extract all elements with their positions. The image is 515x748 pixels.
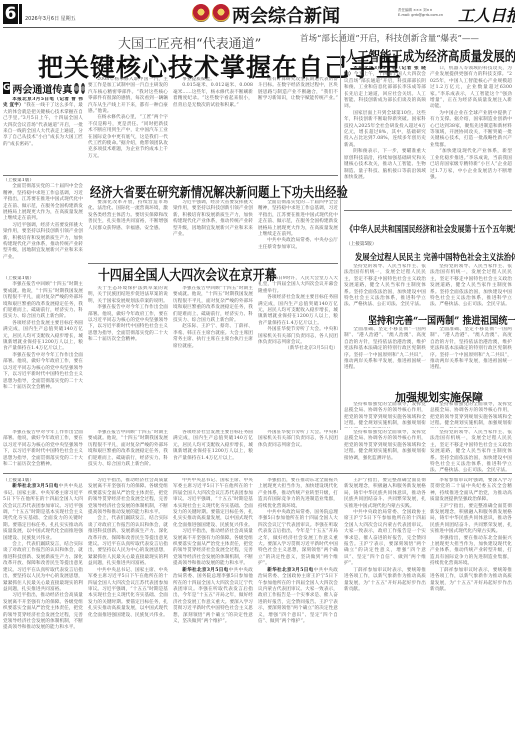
page-number-bar [19,4,22,24]
bottom-body-3b: 习近平指出，推动经济社会高质量发展离不开坚强有力的保障。各级党组织要落实全面从严… [88,478,168,516]
plan-section-3-column-1: 坚持和加强党的全面领导，发挥党总揽全局、协调各方的领导核心作用，把党的领导贯穿到… [344,402,426,428]
section-divider [3,175,338,176]
npc-story-body-4: 关于生态环境保护法典草案的说明，关于民族团结进步促进法草案的说明，关于国家发展规… [88,286,168,305]
continuation-column-3: 各项经济社会发展主要目标任务圆满完成，国内生产总值突破140万亿元，居民人均可支… [173,430,253,472]
economy-story-column-3: 习近平强调，经济大省要发挥挑大梁作用，要坚持以科技创新引领产业创新，积极培育和发… [173,200,253,270]
bottom-column-3: 中共中央总书记、国家主席、中央军委主席习近平5日下午在他所在的十四届全国人大四次… [173,478,253,746]
economy-story-body-1b: 全面贯彻落实党的二十届四中全会精神，坚持稳中求进工作总基调，习近平指出，江苏要在… [258,200,338,238]
economy-story-body-3: 要深化改革开放，持续营造市场化、法治化、国际化一流营商环境，激发各类经营主体活力… [88,200,168,232]
editors-email: E-mail: grrb@grrb.com.cn [398,13,443,18]
economy-story-column-2: 要深化改革开放，持续营造市场化、法治化、国际化一流营商环境，激发各类经营主体活力… [88,200,168,270]
main-story-column-2: 2008年杨永修入职中国一汽，主要工作是加工试制中国一汽自主研发的汽车核心精密零… [88,77,168,172]
npc-story-body-7: 外国驻华使节旁听了大会。中央和国家机关有关部门负责同志，各人民团体负责同志列席会… [258,327,338,346]
plan-section-2-title: 坚持和完善“一国两制” 推进祖国统一 [368,312,515,327]
plan-story-title: 《中华人民共和国国民经济和社会发展第十五个五年规划纲要（草案）》 [346,225,515,235]
continuation-column-4: 外国驻华使节旁听了大会。中央和国家机关有关部门负责同志，各人民团体负责同志列席会… [258,430,338,472]
bottom-body-2: 会上，代表们踊跃发言，结合实际谈了对政府工作报告的认识和体会，就推进科技创新、发… [3,542,83,593]
bottom-body-2b: 会上，代表们踊跃发言，结合实际谈了对政府工作报告的认识和体会，就推进科技创新、发… [88,516,168,567]
economy-story-body-3b: 习近平强调，经济大省要发挥挑大梁作用，要坚持以科技创新引领产业创新，积极培育和发… [173,200,253,238]
npc-story-body-3b: 李强在报告中对今年工作作出全面部署。他说，做好今年政府工作，要在以习近平同志为核… [88,305,168,343]
right-story-body-4: 阴和俊表示，下一步，要瞄准重大原创科技前沿，持续加强基础研究和关键核心技术攻关，… [344,149,426,181]
economy-story-body-2: 习近平强调，经济大省要发挥挑大梁作用，要坚持以科技创新引领产业创新，积极培育和发… [3,223,83,261]
plan-section-1-body: 坚持党的领导、人民当家作主、依法治国有机统一，发展全过程人民民主，坚定不移走中国… [344,264,426,309]
national-emblem-icon [192,4,210,22]
continuation-body-3: 各项经济社会发展主要目标任务圆满完成，国内生产总值突破140万亿元，居民人均可支… [173,430,253,462]
continuation-body-4: 外国驻华使节旁听了大会。中央和国家机关有关部门负责同志，各人民团体负责同志列席会… [258,430,338,449]
section-title: 两会综合新闻 [232,2,340,28]
npc-story-column-4: 3月5日9时许，人民大会堂万人大礼堂，十四届全国人大四次会议开幕会隆重举行。 各… [258,276,338,426]
bottom-column-2: 习近平指出，推动经济社会高质量发展离不开坚强有力的保障。各级党组织要落实全面从严… [88,478,168,746]
main-story-column-3: 事业提质赋能。 0.015毫米、0.012毫米、0.008毫米……这些年，杨永修… [173,77,253,172]
continuation-column-5: 坚持和加强党的全面领导，发挥党总揽全局、协调各方的领导核心作用，把党的领导贯穿到… [344,430,426,472]
main-story-body-5: 0.015毫米、0.012毫米、0.008毫米……这些年，杨永修代表不断刷新着精… [173,83,253,109]
bottom-lead-3: 新华社北京3月5日电 [267,568,313,573]
npc-story-byline: （新华社北京3月5日电） [258,346,338,352]
bottom-body-1c: 中共中央总书记、国家主席、中央军委主席习近平5日下午在他所在的十四届全国人大四次… [173,478,253,529]
section-divider [344,210,512,211]
editors-credit: 责任编辑 ××× 刘×× E-mail: grrb@grrb.com.cn [398,8,443,18]
main-story-column-1: 本报北京3月5日电（记者 曾 伟 史 宣宇）“我在一线干了这么多年，最大的体会就… [3,97,83,169]
bottom-body-5: 李强指出，要在推动东北全面振兴上展现更大担当作为，加快建设现代化产业体系，推动传… [258,478,338,510]
emblem-icon [74,83,78,94]
npc-story-body-5: 赵乐际、王沪宁、蔡奇、丁薛祥、李希、韩正在主席台就座。大会主席团常务主席、执行主… [173,324,253,350]
bottom-column-6: 李希参加审议时强调，要深入学习贯彻党的二十届中央纪委五次全会精神，持续推进全面从… [430,478,512,746]
bottom-body-8: 丁薛祥参加审议时表示，要统筹推进各项工作，以新气象新作为推动高质量发展，为“十五… [344,568,426,594]
continuation-body-6: 坚持党的领导、人民当家作主、依法治国有机统一，发展全过程人民民主，坚定不移走中国… [430,430,512,472]
column-tag-label: 两会通道传真 [12,81,72,96]
bottom-body-7: 王沪宁指出，要完整准确全面贯彻新发展理念，积极融入和服务新发展格局，铸牢中华民族… [344,478,426,510]
right-story-body-5: 为中国企业在全球产业链中提供了有力支撑。据介绍，国家制造业创新中心已达到38家，… [430,111,512,149]
bottom-body-7b: 王沪宁指出，要完整准确全面贯彻新发展理念，积极融入和服务新发展格局，铸牢中华民族… [430,504,512,536]
bottom-body-6b: 中共中央政治局常委、全国政协主席王沪宁5日下午参加他所在的十四届全国人大四次会议… [344,510,426,568]
emblem-icon [81,83,85,94]
bottom-column-4: 李强指出，要在推动东北全面振兴上展现更大担当作为，加快建设现代化产业体系，推动传… [258,478,338,746]
right-story-column-2: 口，机器人等领域的科技攻关，为产业发展提供更强有力的科技支撑。“2025年，中国… [430,66,512,206]
npc-story-column-3: 李强在报告中回顾“十四五”时期主要成就。他说，“十四五”时期我国发展历程很不平凡… [173,286,253,426]
npc-story-body-2b: 各项经济社会发展主要目标任务圆满完成，国内生产总值突破140万亿元，居民人均可支… [258,295,338,327]
npc-story-body-6: 3月5日9时许，人民大会堂万人大礼堂，十四届全国人大四次会议开幕会隆重举行。 [258,276,338,295]
page-number: 6 [3,4,18,24]
column-tag: G 两会通道传真 [3,81,85,95]
continuation-column-6: 坚持党的领导、人民当家作主、依法治国有机统一，发展全过程人民民主，坚定不移走中国… [430,430,512,472]
right-story-body-6: “加快建设现代化产业体系，新型工业化稳步推进。”李乐成说，当前我国已培育国家级专… [430,149,512,181]
npc-story-column-1: （上接第1版） 李强在报告中回顾“十四五”时期主要成就。他说，“十四五”时期我国… [3,276,83,426]
continuation-column-1: 李强在报告中对今年工作作出全面部署。他说，做好今年政府工作，要在以习近平同志为核… [3,430,83,472]
npc-story-body-1: 李强在报告中回顾“十四五”时期主要成就。他说，“十四五”时期我国发展历程很不平凡… [3,282,83,320]
bottom-body-3: 习近平指出，推动经济社会高质量发展离不开坚强有力的保障。各级党组织要落实全面从严… [3,593,83,631]
plan-story-source: （上接第5版） [346,241,377,247]
continuation-column-2: 李强在报告中回顾“十四五”时期主要成就。他说，“十四五”时期我国发展历程很不平凡… [88,430,168,472]
main-story-body-3: 在杨永修代表心里，“工匠”两个字不仅是称号，更是责任。“同时把新技术不断应用到生… [88,115,168,160]
bottom-body-5b: 李强指出，要在推动东北全面振兴上展现更大担当作为，加快建设现代化产业体系，推动传… [430,536,512,568]
npc-story-body-3: 李强在报告中对今年工作作出全面部署。他说，做好今年政府工作，要在以习近平同志为核… [3,353,83,391]
economy-story-column-4: 全面贯彻落实党的二十届四中全会精神，坚持稳中求进工作总基调，习近平指出，江苏要在… [258,200,338,270]
plan-section-2-column-2: 全面准确、坚定不移贯彻“一国两制”、“港人治港”、“澳人治澳”、高度自治的方针，… [430,327,512,389]
main-story-body-6: 唯有计算研究攻坚长期追代表的奋斗目标。在数字经济发展过程中，区块链思路与制造产业… [258,77,338,103]
right-story-body-3: 国家层面上升到全球第10位。这些年，科技创新不断取得新突破。国家科技投入2025… [344,111,426,149]
plan-section-1-title: 发展全过程人民民主 完善中国特色社会主义法治体系 [355,251,515,263]
economy-story-body-4: 中共中央政治局常委、中央办公厅主任蔡奇参加审议。 [258,238,338,251]
plan-section-2-body: 全面准确、坚定不移贯彻“一国两制”、“港人治港”、“澳人治澳”、高度自治的方针，… [344,327,426,372]
bottom-body-8b: 丁薛祥参加审议时表示，要统筹推进各项工作，以新气象新作为推动高质量发展，为“十五… [430,568,512,594]
newspaper-masthead: 工人日报 [458,3,515,26]
bottom-lead-1: 新华社北京3月5日电 [12,484,58,489]
right-story-body-2: 口，机器人等领域的科技攻关，为产业发展提供更强有力的科技支撑。“2025年，中国… [430,66,512,111]
column-divider [340,30,341,430]
economy-story-column-1: （上接第1版） 全面贯彻落实党的二十届四中全会精神，坚持稳中求进工作总基调，习近… [3,178,83,273]
main-story-column-4: 唯有计算研究攻坚长期追代表的奋斗目标。在数字经济发展过程中，区块链思路与制造产业… [258,77,338,172]
column-tag-g-icon: G [3,82,10,94]
npc-story-column-2: 关于生态环境保护法典草案的说明，关于民族团结进步促进法草案的说明，关于国家发展规… [88,286,168,426]
bottom-body-1b: 中共中央总书记、国家主席、中央军委主席习近平5日下午在他所在的十四届全国人大四次… [88,568,168,619]
bottom-body-4: 中共中央政治局常委、国务院总理李强5日参加他所在的十四届全国人大四次会议辽宁代表… [173,568,253,624]
plan-section-3-body-b: 坚持和加强党的全面领导，发挥党总揽全局、协调各方的领导核心作用，把党的领导贯穿到… [430,402,512,428]
section-divider [88,263,338,264]
plan-story-headline: 《中华人民共和国国民经济和社会发展第十五个五年规划纲要（草案）》（摘要） [346,223,515,235]
main-story-body-2: 2008年杨永修入职中国一汽，主要工作是加工试制中国一汽自主研发的汽车核心精密零… [88,77,168,115]
right-story-headline: 人工智能正成为经济高质量发展的“强劲增量” [346,45,515,65]
economy-story-body-1: 全面贯彻落实党的二十届四中全会精神，坚持稳中求进工作总基调，习近平指出，江苏要在… [3,184,83,222]
bottom-body-9: 李希参加审议时强调，要深入学习贯彻党的二十届中央纪委五次全会精神，持续推进全面从… [430,478,512,504]
npc-story-body-1b: 李强在报告中回顾“十四五”时期主要成就。他说，“十四五”时期我国发展历程很不平凡… [173,286,253,324]
plan-section-1-body-b: 坚持党的领导、人民当家作主、依法治国有机统一，发展全过程人民民主，坚定不移走中国… [430,264,512,309]
npc-story-body-2: 各项经济社会发展主要目标任务圆满完成，国内生产总值突破140万亿元，居民人均可支… [3,321,83,353]
continuation-body-2: 李强在报告中回顾“十四五”时期主要成就。他说，“十四五”时期我国发展历程很不平凡… [88,430,168,468]
economy-story-headline: 经济大省要在研究新情况解决新问题上下功夫出经验 [90,181,348,201]
bottom-body-3c: 习近平指出，推动经济社会高质量发展离不开坚强有力的保障。各级党组织要落实全面从严… [173,529,253,567]
plan-section-2-column-1: 全面准确、坚定不移贯彻“一国两制”、“港人治港”、“澳人治澳”、高度自治的方针，… [344,327,426,389]
bottom-column-1: （上接第1版） 新华社北京3月5日电中共中央总书记、国家主席、中央军委主席习近平… [3,478,83,746]
bottom-body-4b: 中共中央政治局常委、国务院总理李强5日参加他所在的十四届全国人大四次会议辽宁代表… [258,510,338,568]
plan-section-2-body-b: 全面准确、坚定不移贯彻“一国两制”、“港人治港”、“澳人治澳”、高度自治的方针，… [430,327,512,372]
right-story-kicker: 首场“部长通道”开启，科技创新含量“爆表”—— [300,32,479,44]
cppcc-emblem-icon [212,4,230,22]
bottom-lead-2: 新华社北京3月5日电 [182,568,228,573]
section-divider [3,473,512,474]
npc-story-headline: 十四届全国人大四次会议在京开幕 [98,265,277,285]
right-story-column-1: 本报北京3月5日电（记者 张 晓 灿）今天上午，十四届全国人大四次会议首场“部长… [344,66,426,206]
plan-section-3-column-2: 坚持和加强党的全面领导，发挥党总揽全局、协调各方的领导核心作用，把党的领导贯穿到… [430,402,512,428]
continuation-body-5: 坚持和加强党的全面领导，发挥党总揽全局、协调各方的领导核心作用，把党的领导贯穿到… [344,430,426,462]
plan-section-3-body: 坚持和加强党的全面领导，发挥党总揽全局、协调各方的领导核心作用，把党的领导贯穿到… [344,402,426,428]
continuation-body-1: 李强在报告中对今年工作作出全面部署。他说，做好今年政府工作，要在以习近平同志为核… [3,430,83,468]
header-divider [3,27,512,28]
bottom-body-1: 中共中央总书记、国家主席、中央军委主席习近平5日下午在他所在的十四届全国人大四次… [3,484,83,540]
bottom-body-6: 中共中央政治局常委、全国政协主席王沪宁5日下午参加他所在的十四届全国人大四次会议… [258,568,338,624]
bottom-column-5: 王沪宁指出，要完整准确全面贯彻新发展理念，积极融入和服务新发展格局，铸牢中华民族… [344,478,426,746]
right-story-body-1: 今天上午，十四届全国人大四次会议首场“部长通道”开启，科技部部长阴和俊、工业和信… [344,72,426,109]
main-story-body-1: “我在一线干了这么多年，最大的体会就是把关键核心技术掌握在自己手里。”3月5日上… [3,103,83,146]
dateline: 2026年3月6日 星期五 [25,15,76,22]
